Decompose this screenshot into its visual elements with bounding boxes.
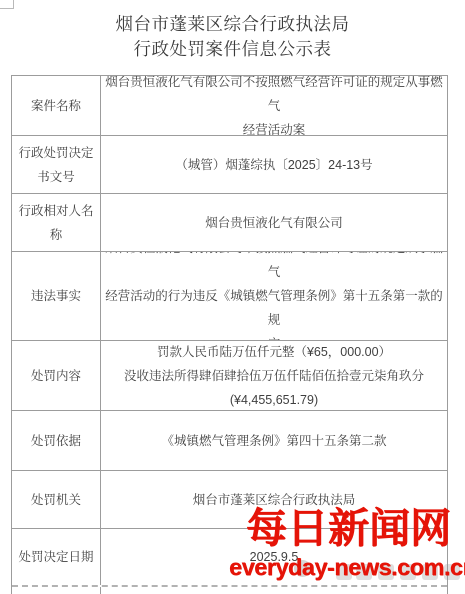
table-row-penalty-basis: 处罚依据 《城镇燃气管理条例》第四十五条第二款 bbox=[12, 411, 447, 471]
respondent-name-value: 烟台贵恒液化气有限公司 bbox=[101, 194, 447, 251]
table-row-case-name: 案件名称 烟台贵恒液化气有限公司不按照燃气经营许可证的规定从事燃气 经营活动案 bbox=[12, 76, 447, 136]
page-title-line2: 行政处罚案件信息公示表 bbox=[0, 37, 465, 62]
table-row-cutoff-stub bbox=[12, 587, 447, 594]
penalty-content-label: 处罚内容 bbox=[12, 341, 101, 410]
penalty-decision-date-label: 处罚决定日期 bbox=[12, 529, 101, 585]
penalty-authority-label: 处罚机关 bbox=[12, 471, 101, 528]
penalty-content-value: 罚款人民币陆万伍仟元整（¥65，000.00） 没收违法所得肆佰肆拾伍万伍仟陆佰… bbox=[101, 341, 447, 410]
penalty-disclosure-page: 烟台市蓬莱区综合行政执法局 行政处罚案件信息公示表 案件名称 烟台贵恒液化气有限… bbox=[0, 0, 465, 594]
table-row-illegal-facts: 违法事实 烟台贵恒液化气有限公司不按照燃气经营许可证的规定从事燃气 经营活动的行… bbox=[12, 252, 447, 341]
decision-doc-number-label: 行政处罚决定 书文号 bbox=[12, 136, 101, 193]
watermark-site-name: 每日新闻网 bbox=[246, 505, 451, 551]
decision-doc-number-value: （城管）烟蓬综执〔2025〕24-13号 bbox=[101, 136, 447, 193]
case-name-label: 案件名称 bbox=[12, 76, 101, 135]
penalty-basis-label: 处罚依据 bbox=[12, 411, 101, 470]
respondent-name-label: 行政相对人名 称 bbox=[12, 194, 101, 251]
illegal-facts-label: 违法事实 bbox=[12, 252, 101, 340]
case-name-value: 烟台贵恒液化气有限公司不按照燃气经营许可证的规定从事燃气 经营活动案 bbox=[101, 76, 447, 135]
page-title-line1: 烟台市蓬莱区综合行政执法局 bbox=[0, 12, 465, 37]
page-title: 烟台市蓬莱区综合行政执法局 行政处罚案件信息公示表 bbox=[0, 12, 465, 62]
table-row-decision-doc-number: 行政处罚决定 书文号 （城管）烟蓬综执〔2025〕24-13号 bbox=[12, 136, 447, 194]
cutoff-stub-label-cell bbox=[12, 587, 101, 594]
crop-artifact-corner bbox=[0, 0, 14, 9]
cutoff-stub-value-cell bbox=[101, 587, 447, 594]
table-row-penalty-content: 处罚内容 罚款人民币陆万伍仟元整（¥65，000.00） 没收违法所得肆佰肆拾伍… bbox=[12, 341, 447, 411]
illegal-facts-value: 烟台贵恒液化气有限公司不按照燃气经营许可证的规定从事燃气 经营活动的行为违反《城… bbox=[101, 252, 447, 340]
penalty-basis-value: 《城镇燃气管理条例》第四十五条第二款 bbox=[101, 411, 447, 470]
watermark-site-url: everyday-news.com.cn bbox=[229, 553, 465, 581]
table-row-respondent-name: 行政相对人名 称 烟台贵恒液化气有限公司 bbox=[12, 194, 447, 252]
